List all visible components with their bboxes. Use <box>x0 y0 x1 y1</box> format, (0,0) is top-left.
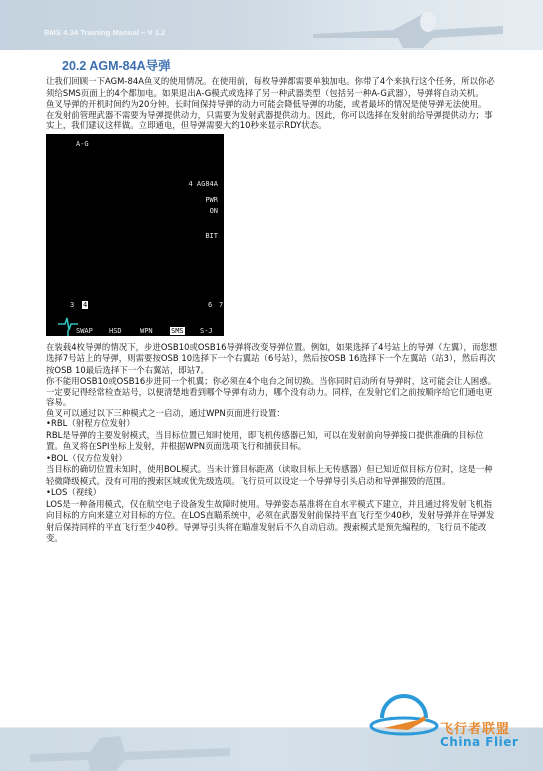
mfd-mode-label: A-G <box>76 140 89 148</box>
mfd-station-3: 3 <box>70 301 74 309</box>
osb-sms-selected: SMS <box>170 327 185 335</box>
mfd-pwr-label: PWR <box>205 196 218 204</box>
mfd-station-7: 7 <box>219 301 223 309</box>
jet-footer-image <box>30 730 230 771</box>
osb-hsd: HSD <box>109 327 122 335</box>
paragraph: 鱼叉导弹的开机时间约为20分钟。长时间保持导弹的动力可能会降低导弹的功能，或者最… <box>46 99 498 110</box>
paragraph: 你不能用OSB10或OSB16步进同一个机翼；你必须在4个电台之间切换。当你同时… <box>46 376 498 408</box>
mfd-bit-label: BIT <box>205 232 218 240</box>
page-content: 20.2 AGM-84A导弹 让我们回顾一下AGM-84A鱼叉的使用情况。在使用… <box>46 58 498 545</box>
mode-text-los: LOS是一种备用模式，仅在航空电子设备发生故障时使用。导弹姿态基准将在自水平模式… <box>46 499 498 545</box>
mfd-station-4-selected: 4 <box>82 301 88 309</box>
mfd-pwr-state: ON <box>210 207 218 215</box>
watermark-en: China Flier <box>440 735 518 749</box>
osb-wpn: WPN <box>140 327 153 335</box>
mode-text-bol: 当目标的确切位置未知时，使用BOL模式。当未计算目标距离（读取目标上无传感器）但… <box>46 464 498 487</box>
page-header: BMS 4.34 Training Manual – V 1.2 <box>0 0 543 50</box>
mode-title-los: •LOS（视线） <box>46 487 498 499</box>
osb-s-j: S-J <box>200 327 213 335</box>
mode-text-rbl: RBL是导弹的主要发射模式，当目标位置已知时使用，即飞机传感器已知，可以在发射前… <box>46 430 498 453</box>
paragraph: 在发射前管理武器不需要为导弹提供动力，只需要为发射武器提供动力。因此，你可以选择… <box>46 110 498 131</box>
mode-title-bol: •BOL（仅方位发射） <box>46 453 498 465</box>
paragraph: 鱼叉可以通过以下三种模式之一启动，通过WPN页面进行设置： <box>46 408 498 419</box>
sms-mfd-screenshot: A-G 4 AG84A PWR ON BIT 3 4 6 7 SWAP HSD … <box>46 134 224 336</box>
manual-title: BMS 4.34 Training Manual – V 1.2 <box>44 28 166 37</box>
mfd-weapon-label: 4 AG84A <box>188 180 218 188</box>
mfd-station-6: 6 <box>208 301 212 309</box>
section-heading: 20.2 AGM-84A导弹 <box>62 58 498 74</box>
paragraph: 让我们回顾一下AGM-84A鱼叉的使用情况。在使用前，每枚导弹都需要单独加电。你… <box>46 76 498 99</box>
mode-title-rbl: •RBL（射程方位发射） <box>46 418 498 430</box>
jet-banner-image <box>303 4 503 48</box>
paragraph: 在装载4枚导弹的情况下，步进OSB10或OSB16导弹将改变导弹位置。例如，如果… <box>46 342 498 377</box>
osb-swap: SWAP <box>76 327 93 335</box>
